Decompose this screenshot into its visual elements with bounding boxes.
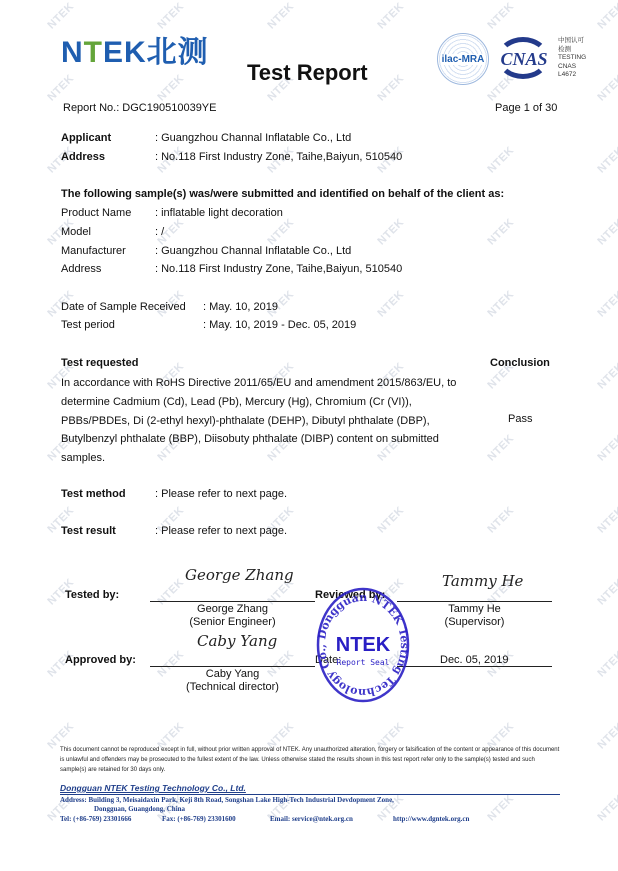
watermark-text: NTEK xyxy=(265,216,296,247)
accreditation-text: 中国认可 检测 TESTING CNAS L4672 xyxy=(558,37,586,80)
watermark-text: NTEK xyxy=(595,432,618,463)
ntek-logo: NTEK北测 xyxy=(61,38,209,68)
watermark-text: NTEK xyxy=(595,360,618,391)
watermark-text: NTEK xyxy=(375,216,406,247)
footer-website-link[interactable]: http://www.dgntek.org.cn xyxy=(393,814,469,824)
watermark-text: NTEK xyxy=(595,288,618,319)
test-method-value: : Please refer to next page. xyxy=(155,488,287,501)
watermark-text: NTEK xyxy=(595,504,618,535)
approved-signature: Caby Yang xyxy=(197,632,277,650)
tested-by-label: Tested by: xyxy=(65,589,119,602)
approved-by-label: Approved by: xyxy=(65,654,136,667)
watermark-text: NTEK xyxy=(265,0,296,31)
approved-title: (Technical director) xyxy=(150,681,315,694)
test-requested-text: In accordance with RoHS Directive 2011/6… xyxy=(61,374,471,468)
watermark-text: NTEK xyxy=(485,0,516,31)
tested-signature: George Zhang xyxy=(185,566,294,584)
date-received-value: : May. 10, 2019 xyxy=(203,301,278,314)
legal-disclaimer: This document cannot be reproduced excep… xyxy=(60,745,562,775)
tested-name: George Zhang xyxy=(150,603,315,616)
model-label: Model xyxy=(61,226,91,239)
watermark-text: NTEK xyxy=(595,0,618,31)
watermark-text: NTEK xyxy=(595,792,618,823)
watermark-text: NTEK xyxy=(595,648,618,679)
watermark-text: NTEK xyxy=(375,0,406,31)
applicant-label: Applicant xyxy=(61,132,111,145)
watermark-text: NTEK xyxy=(485,792,516,823)
footer-company: Dongguan NTEK Testing Technology Co., Lt… xyxy=(60,783,246,793)
product-name-value: : inflatable light decoration xyxy=(155,207,283,220)
footer-address-line2: Dongguan, Guangdong, China xyxy=(94,804,185,814)
ilac-mra-logo: ilac-MRA xyxy=(437,33,489,85)
date-value: Dec. 05, 2019 xyxy=(440,654,509,667)
conclusion-value: Pass xyxy=(508,413,532,426)
watermark-text: NTEK xyxy=(375,288,406,319)
tested-signature-line xyxy=(150,601,315,602)
model-value: : / xyxy=(155,226,164,239)
watermark-text: NTEK xyxy=(595,144,618,175)
date-received-label: Date of Sample Received xyxy=(61,301,186,314)
watermark-text: NTEK xyxy=(595,72,618,103)
svg-text:Report Seal: Report Seal xyxy=(337,658,390,667)
watermark-text: NTEK xyxy=(485,144,516,175)
tested-title: (Senior Engineer) xyxy=(150,616,315,629)
manufacturer-address-value: : No.118 First Industry Zone, Taihe,Baiy… xyxy=(155,263,402,276)
product-name-label: Product Name xyxy=(61,207,131,220)
footer-tel: Tel: (+86-769) 23301666 xyxy=(60,814,131,824)
watermark-text: NTEK xyxy=(485,504,516,535)
test-requested-label: Test requested xyxy=(61,357,138,370)
watermark-text: NTEK xyxy=(155,72,186,103)
conclusion-label: Conclusion xyxy=(490,357,550,370)
applicant-address-value: : No.118 First Industry Zone, Taihe,Baiy… xyxy=(155,151,402,164)
test-period-label: Test period xyxy=(61,319,115,332)
watermark-text: NTEK xyxy=(375,72,406,103)
report-seal-stamp: Dongguan NTEK Testing Technology Co., Lt… xyxy=(316,585,410,705)
reviewed-title: (Supervisor) xyxy=(397,616,552,629)
watermark-text: NTEK xyxy=(485,216,516,247)
sample-heading: The following sample(s) was/were submitt… xyxy=(61,188,504,201)
watermark-text: NTEK xyxy=(595,720,618,751)
approved-name: Caby Yang xyxy=(150,668,315,681)
page-number: Page 1 of 30 xyxy=(495,102,557,115)
test-result-label: Test result xyxy=(61,525,116,538)
page-title: Test Report xyxy=(247,60,368,86)
watermark-text: NTEK xyxy=(45,72,76,103)
footer-fax: Fax: (+86-769) 23301600 xyxy=(162,814,236,824)
manufacturer-label: Manufacturer xyxy=(61,245,126,258)
cnas-logo: CNAS xyxy=(495,37,553,79)
watermark-text: NTEK xyxy=(595,216,618,247)
reviewed-name: Tammy He xyxy=(397,603,552,616)
watermark-text: NTEK xyxy=(595,576,618,607)
reviewed-signature-line xyxy=(397,601,552,602)
watermark-text: NTEK xyxy=(155,0,186,31)
test-method-label: Test method xyxy=(61,488,126,501)
watermark-text: NTEK xyxy=(485,288,516,319)
svg-text:NTEK: NTEK xyxy=(336,634,391,656)
footer-email[interactable]: Email: service@ntek.org.cn xyxy=(270,814,353,824)
manufacturer-address-label: Address xyxy=(61,263,101,276)
approved-signature-line xyxy=(150,666,315,667)
watermark-text: NTEK xyxy=(375,504,406,535)
applicant-address-label: Address xyxy=(61,151,105,164)
watermark-text: NTEK xyxy=(45,0,76,31)
manufacturer-value: : Guangzhou Channal Inflatable Co., Ltd xyxy=(155,245,351,258)
reviewed-signature: Tammy He xyxy=(442,572,523,590)
test-result-value: : Please refer to next page. xyxy=(155,525,287,538)
test-period-value: : May. 10, 2019 - Dec. 05, 2019 xyxy=(203,319,356,332)
report-number: Report No.: DGC190510039YE xyxy=(63,102,216,115)
applicant-value: : Guangzhou Channal Inflatable Co., Ltd xyxy=(155,132,351,145)
watermark-text: NTEK xyxy=(485,432,516,463)
